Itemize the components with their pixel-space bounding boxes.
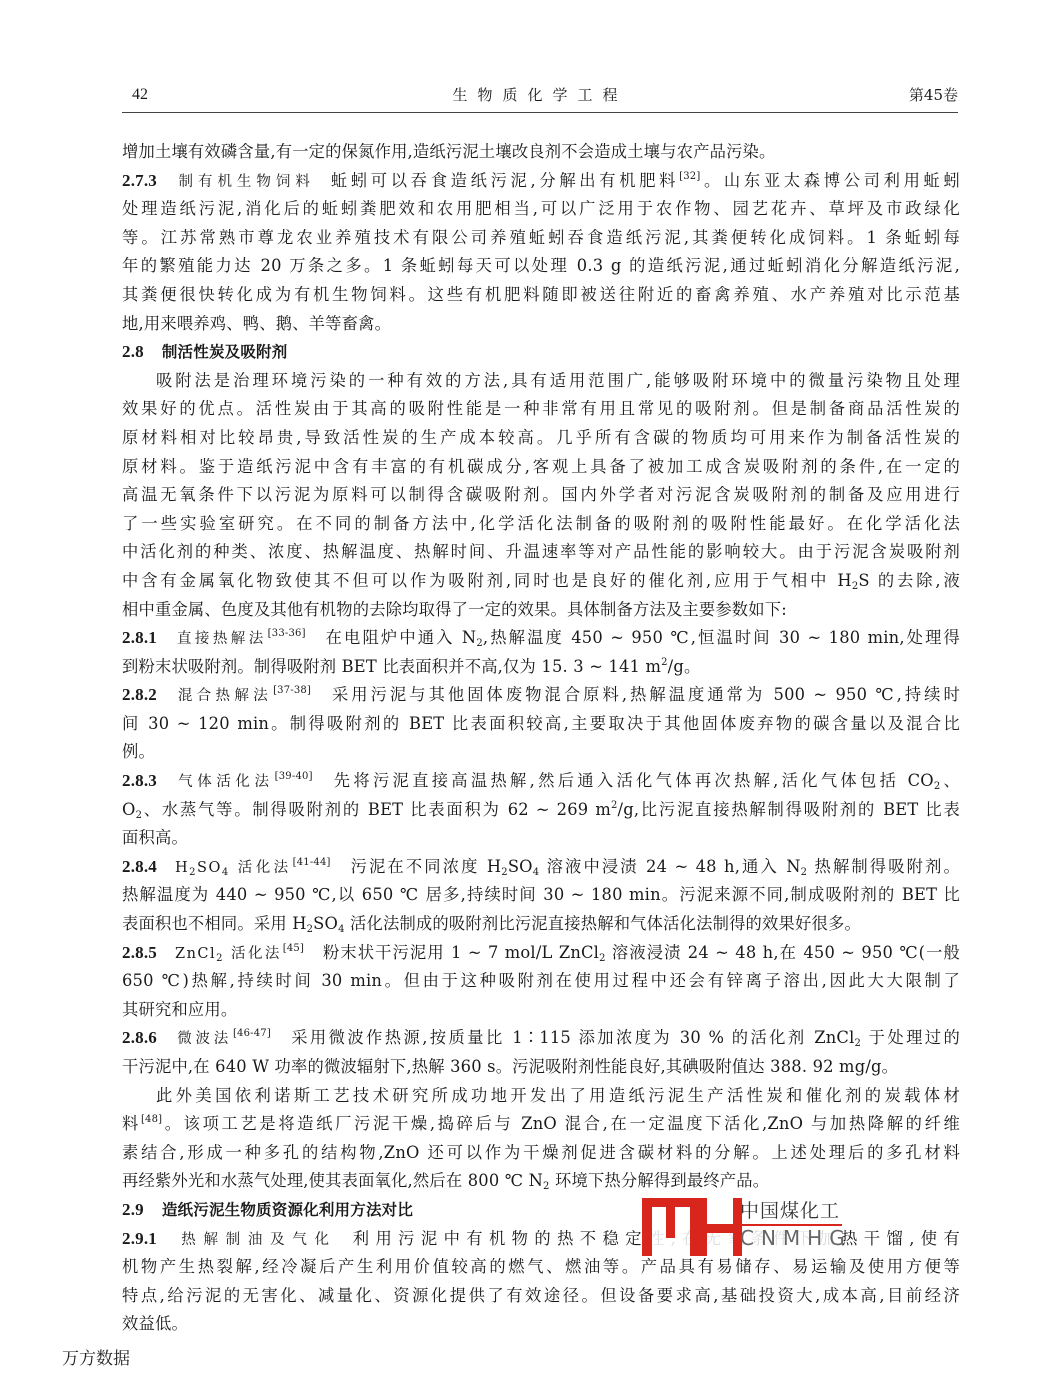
section-2-8-6-heading-line: 2.8.6微波法[46-47]采用微波作热源,按质量比 1∶115 添加浓度为 … — [122, 1024, 960, 1053]
watermark-logo: 中国煤化工 CNMHG — [642, 1196, 842, 1256]
paragraph-line: 面积高。 — [122, 824, 960, 853]
paragraph-line: 热解温度为 440 ~ 950 ℃,以 650 ℃ 居多,持续时间 30 ~ 1… — [122, 881, 960, 910]
section-number: 2.8.6 — [122, 1028, 157, 1047]
section-number: 2.8.4 — [122, 857, 157, 876]
paragraph-line: 年的繁殖能力达 20 万条之多。1 条蚯蚓每天可以处理 0.3 g 的造纸污泥,… — [122, 252, 960, 281]
paragraph-line: 再经紫外光和水蒸气处理,使其表面氧化,然后在 800 ℃ N2 环境下热分解得到… — [122, 1167, 960, 1196]
section-title: 造纸污泥生物质资源化利用方法对比 — [162, 1201, 413, 1219]
section-2-8-1-heading-line: 2.8.1直接热解法[33-36]在电阻炉中通入 N2,热解温度 450 ~ 9… — [122, 624, 960, 653]
watermark-en-name: CNMHG — [740, 1226, 852, 1250]
paragraph-line: 例。 — [122, 738, 960, 767]
section-title: H2SO4 活化法 — [175, 860, 292, 876]
section-title: 直接热解法 — [175, 631, 267, 647]
section-2-8-4-heading-line: 2.8.4H2SO4 活化法[41-44]污泥在不同浓度 H2SO4 溶液中浸渍… — [122, 853, 960, 882]
section-number: 2.8.3 — [122, 771, 157, 790]
paragraph-line: 原材料。鉴于造纸污泥中含有丰富的有机碳成分,客观上具备了被加工成含炭吸附剂的条件… — [122, 453, 960, 482]
section-number: 2.9 — [122, 1200, 144, 1219]
paragraph-line: 表面积也不相同。采用 H2SO4 活化法制成的吸附剂比污泥直接热解和气体活化法制… — [122, 910, 960, 939]
citation-ref: [48] — [141, 1114, 162, 1125]
paragraph-line: 到粉末状吸附剂。制得吸附剂 BET 比表面积并不高,仅为 15. 3 ~ 141… — [122, 653, 960, 682]
section-number: 2.8.1 — [122, 628, 157, 647]
citation-ref: [33-36] — [268, 628, 306, 639]
mh-logo-h-icon — [698, 1198, 742, 1256]
section-title: 制活性炭及吸附剂 — [162, 343, 288, 361]
volume-label: 第45卷 — [909, 84, 958, 106]
citation-ref: [39-40] — [275, 771, 313, 782]
section-number: 2.9.1 — [122, 1229, 157, 1248]
section-2-8-heading: 2.8制活性炭及吸附剂 — [122, 338, 960, 367]
paragraph-line: 相中重金属、色度及其他有机物的去除均取得了一定的效果。具体制备方法及主要参数如下… — [122, 596, 960, 625]
section-number: 2.8 — [122, 342, 144, 361]
paragraph-line: 原材料相对比较昂贵,导致活性炭的生产成本较高。几乎所有含碳的物质均可用来作为制备… — [122, 424, 960, 453]
header-rule — [122, 112, 958, 113]
section-number: 2.7.3 — [122, 171, 157, 190]
paragraph-line: 其粪便很快转化成为有机生物饲料。这些有机肥料随即被送往附近的畜禽养殖、水产养殖对… — [122, 281, 960, 310]
source-footer: 万方数据 — [62, 1344, 130, 1369]
section-title: 制有机生物饲料 — [175, 174, 315, 190]
paragraph-line: 处理造纸污泥,消化后的蚯蚓粪肥效和农用肥相当,可以广泛用于农作物、园艺花卉、草坪… — [122, 195, 960, 224]
paragraph-line: 特点,给污泥的无害化、减量化、资源化提供了有效途径。但设备要求高,基础投资大,成… — [122, 1282, 960, 1311]
citation-ref: [32] — [679, 171, 700, 182]
section-2-8-5-heading-line: 2.8.5ZnCl2 活化法[45]粉末状干污泥用 1 ~ 7 mol/L Zn… — [122, 939, 960, 968]
paragraph-line: 机物产生热裂解,经冷凝后产生利用价值较高的燃气、燃油等。产品具有易储存、易运输及… — [122, 1253, 960, 1282]
paragraph-line: 效益低。 — [122, 1310, 960, 1339]
paragraph-line: 此外美国依利诺斯工艺技术研究所成功地开发出了用造纸污泥生产活性炭和催化剂的炭载体… — [122, 1082, 960, 1111]
document-page: 42 生物质化学工程 第45卷 增加土壤有效磷含量,有一定的保氮作用,造纸污泥土… — [0, 0, 1043, 1388]
citation-ref: [41-44] — [293, 857, 331, 868]
section-title: 热解制油及气化 — [175, 1232, 337, 1248]
section-2-8-2-heading-line: 2.8.2混合热解法[37-38]采用污泥与其他固体废物混合原料,热解温度通常为… — [122, 681, 960, 710]
paragraph-line: 干污泥中,在 640 W 功率的微波辐射下,热解 360 s。污泥吸附剂性能良好… — [122, 1053, 960, 1082]
paragraph-line: 650 ℃)热解,持续时间 30 min。但由于这种吸附剂在使用过程中还会有锌离… — [122, 967, 960, 996]
section-number: 2.8.2 — [122, 685, 157, 704]
paragraph-line: 效果好的优点。活性炭由于其高的吸附性能是一种非常有用且常见的吸附剂。但是制备商品… — [122, 395, 960, 424]
section-2-8-3-heading-line: 2.8.3气体活化法[39-40]先将污泥直接高温热解,然后通入活化气体再次热解… — [122, 767, 960, 796]
paragraph-line: 增加土壤有效磷含量,有一定的保氮作用,造纸污泥土壤改良剂不会造成土壤与农产品污染… — [122, 138, 960, 167]
citation-ref: [45] — [283, 943, 304, 954]
paragraph-line: 中含有金属氧化物致使其不但可以作为吸附剂,同时也是良好的催化剂,应用于气相中 H… — [122, 567, 960, 596]
paragraph-line: 中活化剂的种类、浓度、热解温度、热解时间、升温速率等对产品性能的影响较大。由于污… — [122, 538, 960, 567]
article-body: 增加土壤有效磷含量,有一定的保氮作用,造纸污泥土壤改良剂不会造成土壤与农产品污染… — [122, 138, 960, 1339]
section-title: 混合热解法 — [175, 688, 272, 704]
paragraph-line: 高温无氧条件下以污泥为原料可以制得含碳吸附剂。国内外学者对污泥含炭吸附剂的制备及… — [122, 481, 960, 510]
paragraph-line: 地,用来喂养鸡、鸭、鹅、羊等畜禽。 — [122, 310, 960, 339]
running-header: 42 生物质化学工程 第45卷 — [122, 84, 958, 106]
citation-ref: [46-47] — [233, 1028, 271, 1039]
paragraph-line: 间 30 ~ 120 min。制得吸附剂的 BET 比表面积较高,主要取决于其他… — [122, 710, 960, 739]
watermark-cn-name: 中国煤化工 — [740, 1196, 840, 1223]
paragraph-line: 了一些实验室研究。在不同的制备方法中,化学活化法制备的吸附剂的吸附性能最好。在化… — [122, 510, 960, 539]
mh-logo-m-icon — [642, 1198, 700, 1256]
paragraph-line: 其研究和应用。 — [122, 996, 960, 1025]
section-title: 微波法 — [175, 1031, 232, 1047]
paragraph-line: 素结合,形成一种多孔的结构物,ZnO 还可以作为干燥剂促进含碳材料的分解。上述处… — [122, 1139, 960, 1168]
paragraph-line: 吸附法是治理环境污染的一种有效的方法,具有适用范围广,能够吸附环境中的微量污染物… — [122, 367, 960, 396]
section-title: 气体活化法 — [175, 774, 274, 790]
citation-ref: [37-38] — [273, 685, 311, 696]
section-2-7-3-heading-line: 2.7.3制有机生物饲料蚯蚓可以吞食造纸污泥,分解出有机肥料[32]。山东亚太森… — [122, 167, 960, 196]
journal-title: 生物质化学工程 — [122, 84, 958, 106]
paragraph-line: O2、水蒸气等。制得吸附剂的 BET 比表面积为 62 ~ 269 m2/g,比… — [122, 796, 960, 825]
section-title: ZnCl2 活化法 — [175, 946, 282, 962]
section-number: 2.8.5 — [122, 943, 157, 962]
paragraph-line: 等。江苏常熟市尊龙农业养殖技术有限公司养殖蚯蚓吞食造纸污泥,其粪便转化成饲料。1… — [122, 224, 960, 253]
paragraph-line: 料[48]。该项工艺是将造纸厂污泥干燥,捣碎后与 ZnO 混合,在一定温度下活化… — [122, 1110, 960, 1139]
